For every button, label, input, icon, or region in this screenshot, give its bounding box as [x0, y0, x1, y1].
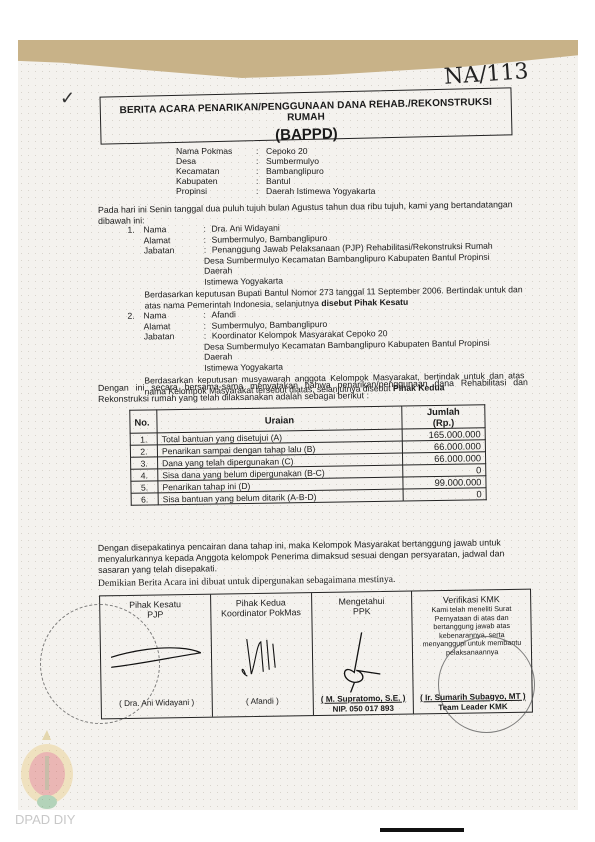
identity-row: Nama Pokmas:Cepoko 20 — [176, 146, 375, 156]
dpad-logo-icon — [16, 728, 78, 812]
fund-table: No. Uraian Jumlah(Rp.) 1.Total bantuan y… — [129, 404, 486, 506]
party-1: 1.Nama:Dra. Ani Widayani Alamat:Sumbermu… — [127, 219, 524, 311]
row-amount: 0 — [403, 488, 486, 501]
signature-mark — [332, 632, 393, 693]
col-no: No. — [130, 410, 157, 433]
row-amount: 99.000.000 — [403, 476, 486, 489]
row-no: 1. — [130, 433, 157, 445]
row-amount: 66.000.000 — [402, 452, 485, 465]
col-amount: Jumlah(Rp.) — [402, 405, 485, 429]
row-no: 4. — [131, 469, 158, 481]
identity-row: Kabupaten:Bantul — [176, 176, 375, 186]
check-mark-icon: ✓ — [60, 88, 75, 109]
official-stamp-left — [40, 604, 160, 724]
identity-row: Desa:Sumbermulyo — [176, 156, 375, 166]
signature-pihak-kedua: Pihak KeduaKoordinator PokMas ( Afandi ) — [211, 593, 314, 717]
closing-paragraph: Dengan disepakatinya pencairan dana taha… — [98, 537, 528, 576]
identity-row: Kecamatan:Bambanglipuro — [176, 166, 375, 176]
row-amount: 66.000.000 — [402, 440, 485, 453]
row-amount: 165.000.000 — [402, 428, 485, 441]
identity-block: Nama Pokmas:Cepoko 20 Desa:Sumbermulyo K… — [176, 146, 375, 196]
footer-bar — [380, 828, 464, 832]
identity-row: Propinsi:Daerah Istimewa Yogyakarta — [176, 186, 375, 196]
signature-mark — [236, 633, 287, 679]
row-no: 3. — [131, 457, 158, 469]
watermark-text: DPAD DIY — [15, 812, 75, 827]
official-stamp-kmk — [438, 636, 535, 733]
row-no: 2. — [130, 445, 157, 457]
row-no: 5. — [131, 481, 158, 493]
title-box: BERITA ACARA PENARIKAN/PENGGUNAAN DANA R… — [100, 87, 513, 144]
row-no: 6. — [131, 493, 158, 505]
signature-mengetahui: MengetahuiPPK ( M. Supratomo, S.E. ) NIP… — [312, 591, 415, 715]
